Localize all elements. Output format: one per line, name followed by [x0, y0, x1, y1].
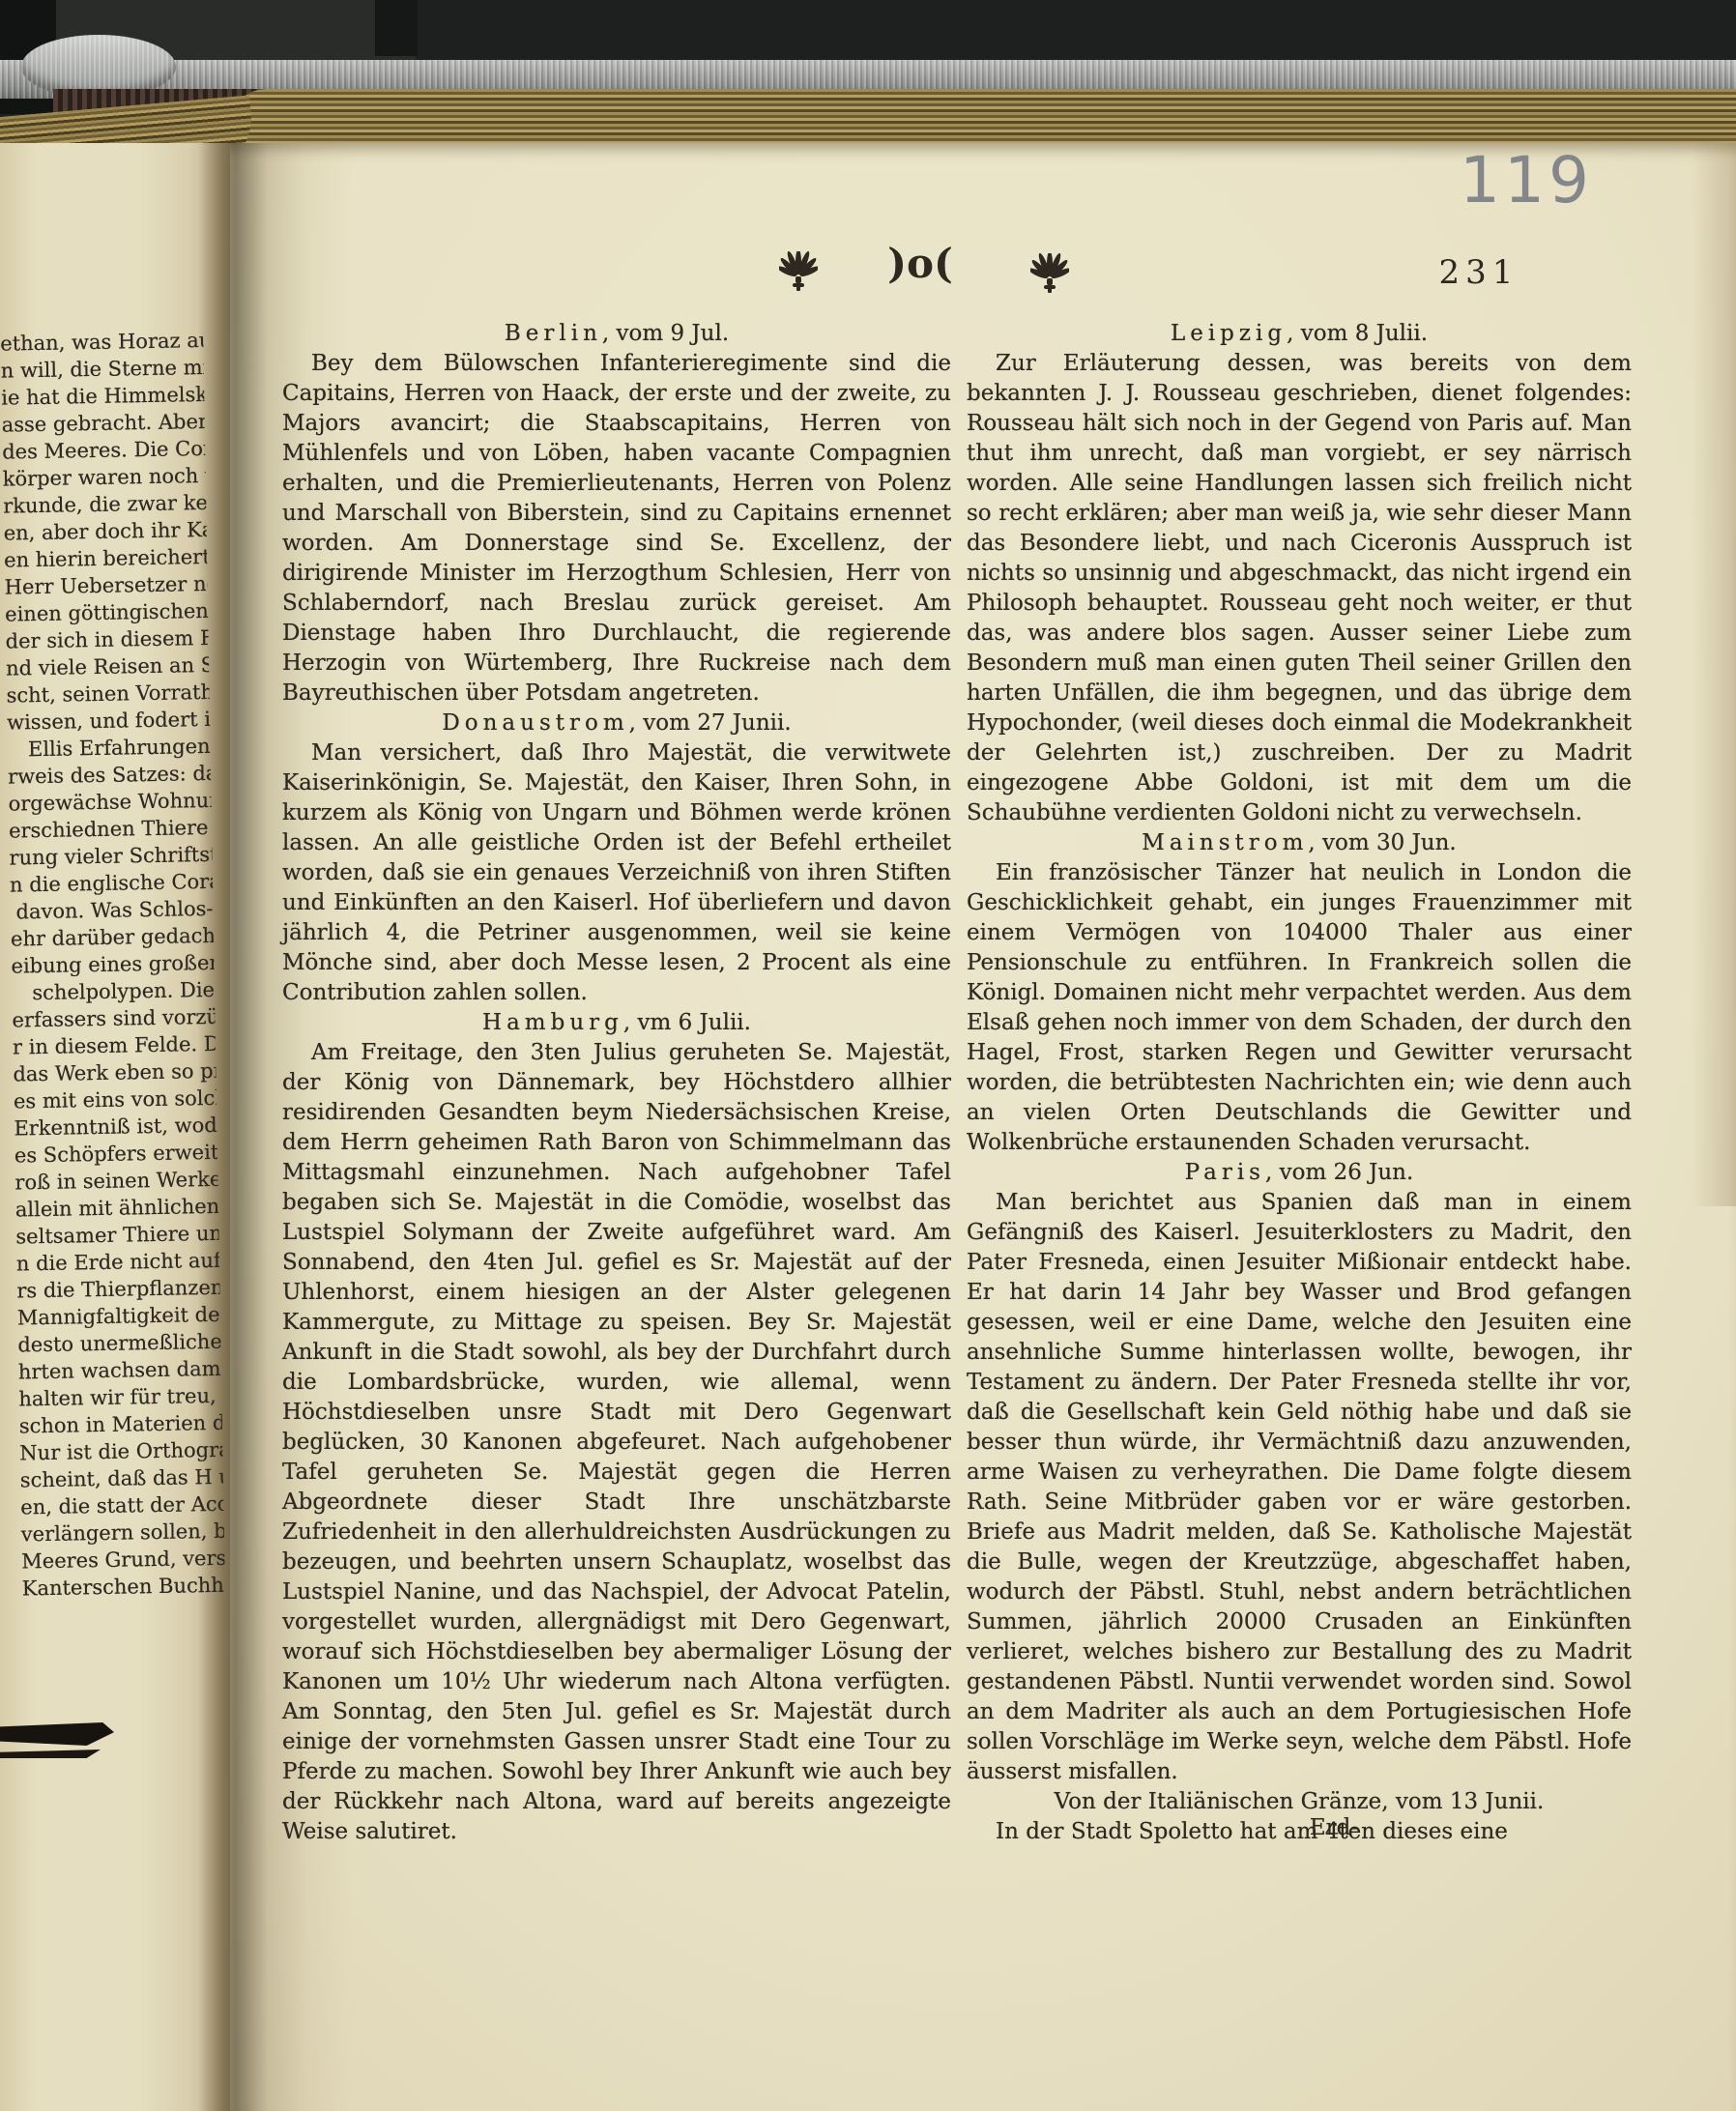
left-page-cut-line: schon in Materien der [19, 1409, 222, 1440]
dateline-heading: Paris, vom 26 Jun. [967, 1158, 1632, 1188]
left-page-cut-line: scheint, daß das H und [20, 1463, 223, 1494]
foliation-stamp: 119 [1460, 143, 1624, 217]
left-page-cut-line: r in diesem Felde. Die [13, 1030, 216, 1061]
column-right: Leipzig, vom 8 Julii.Zur Erläuterung des… [967, 319, 1632, 1847]
left-page-cut-line: körper waren noch ver- [2, 462, 205, 493]
background-slot [375, 0, 418, 56]
left-page-cut-line: Ellis Erfahrungen [7, 733, 210, 764]
left-page-cut-line: n will, die Sterne mit [1, 354, 204, 385]
left-page-cut-line: rung vieler Schriftsteller [9, 841, 212, 872]
dateline-rest: , vom 8 Julii. [1287, 321, 1428, 346]
dateline-rest: , vom 9 Jul. [602, 321, 729, 346]
header-divider-mark: )o( [882, 240, 959, 287]
article-paragraph: Bey dem Bülowschen Infanterieregimente s… [282, 349, 951, 708]
left-page-cut-line: das Werk eben so präch- [13, 1057, 216, 1088]
left-page-cut-line: ie hat die Himmelskör- [1, 381, 204, 412]
left-page-cut-line: nd viele Reisen an See- [6, 651, 209, 682]
left-page-cut-line: halten wir für treu, da [18, 1382, 221, 1413]
left-page-cut-line: Herr Uebersetzer nebst [4, 570, 207, 601]
left-page-cut-line: desto unermeßlicher, und [17, 1328, 220, 1359]
left-page-cut-line: n die englische Corallen- [10, 868, 213, 899]
column-left: Berlin, vom 9 Jul.Bey dem Bülowschen Inf… [282, 319, 951, 1847]
left-page-cut-line: Nur ist die Orthogra- [19, 1436, 222, 1467]
left-page-cut-line: wissen, und fodert ihn [7, 706, 210, 737]
shell-ornament-icon [1030, 253, 1069, 298]
left-page-cut-line: Meeres Grund, versun- [21, 1545, 224, 1576]
article-paragraph: Am Freitage, den 3ten Julius geruheten S… [282, 1038, 951, 1847]
left-page-cut-line: rs die Thierpflanzen [16, 1274, 219, 1305]
left-page-cut-line: seltsamer Thiere und Ge- [15, 1220, 218, 1251]
article-paragraph: Man versichert, daß Ihro Majestät, die v… [282, 738, 951, 1008]
left-page-cut-line: rweis des Satzes: daß [8, 760, 211, 791]
left-page-cut-line: Kanterschen Buchhand- [22, 1572, 225, 1603]
left-page-cut-line: n die Erde nicht aufwei- [16, 1247, 219, 1278]
dateline-heading: Donaustrom, vom 27 Junii. [282, 708, 951, 738]
shell-ornament-icon [779, 251, 818, 296]
dateline-rest: Von der Italiänischen Gränze, vom 13 Jun… [1055, 1789, 1545, 1814]
dateline-rest: , vom 26 Jun. [1265, 1160, 1413, 1185]
left-page-cut-line: Mannigfaltigkeit der Na- [17, 1301, 220, 1332]
left-page-cut-line: ethan, was Horaz auf [0, 327, 203, 358]
page-curl-shadow [1692, 143, 1736, 1206]
left-page-cut-line: allein mit ähnlichen, son- [15, 1193, 218, 1224]
dateline-heading: Leipzig, vom 8 Julii. [967, 319, 1632, 349]
left-page-cut-line: erschiednen Thiere seyn. [9, 814, 212, 845]
left-page-cut-line: schelpolypen. Die [12, 976, 215, 1007]
left-page-fragment: ethan, was Horaz aufn will, die Sterne m… [0, 327, 225, 1602]
dateline-place: Hamburg [482, 1010, 623, 1035]
dateline-rest: , vom 30 Jun. [1308, 830, 1456, 855]
left-page-cut-line: es mit eins von solchen [14, 1084, 217, 1115]
left-page-cut-line: der sich in diesem Fach [5, 624, 208, 655]
article-paragraph: Ein französischer Tänzer hat neulich in … [967, 858, 1632, 1158]
dateline-heading: Von der Italiänischen Gränze, vom 13 Jun… [967, 1787, 1632, 1817]
left-page-cut-line: Erkenntniß ist, wodurch [14, 1112, 217, 1142]
book-photo: { "colors": { "paper": "#e9e2c6", "ink":… [0, 0, 1736, 2111]
left-page-cut-line: es Schöpfers erweitert [14, 1139, 217, 1170]
printed-page-number: 231 [1421, 253, 1537, 292]
left-page-cut-line: einen göttingischen [5, 597, 208, 628]
left-page-cut-line: ehr darüber gedacht, be- [11, 922, 214, 953]
dateline-rest: , vom 27 Junii. [629, 710, 792, 736]
catchword: Erd- [1276, 1815, 1392, 1840]
left-page-cut-line: eibung eines großen im [11, 949, 214, 980]
left-page-cut-line: erfassers sind vorzüglich [12, 1003, 215, 1034]
dateline-heading: Berlin, vom 9 Jul. [282, 319, 951, 349]
dateline-place: Donaustrom [442, 710, 628, 736]
dateline-heading: Hamburg, vm 6 Julii. [282, 1008, 951, 1038]
article-paragraph: Man berichtet aus Spanien daß man in ein… [967, 1188, 1632, 1787]
left-page-cut-line: des Meeres. Die Coral- [2, 435, 205, 466]
dateline-place: Berlin [505, 321, 602, 346]
article-paragraph: Zur Erläuterung dessen, was bereits von … [967, 349, 1632, 828]
left-page-cut-line: rkunde, die zwar keine [3, 489, 206, 520]
left-page-cut-line: hrten wachsen damit zu- [18, 1355, 221, 1386]
left-page-cut-line: verlängern sollen, bey [21, 1518, 224, 1548]
left-page-cut-line: asse gebracht. Aber sie [1, 408, 204, 439]
dateline-rest: , vm 6 Julii. [623, 1010, 751, 1035]
left-page-cut-line: davon. Was Schlos- [10, 895, 213, 926]
left-page-cut-line: en hierin bereichert hat. [4, 543, 207, 574]
left-page-cut-line: roß in seinen Werken ist, [14, 1166, 217, 1197]
dateline-place: Leipzig [1171, 321, 1287, 346]
dateline-place: Paris [1185, 1160, 1265, 1185]
dateline-place: Mainstrom [1142, 830, 1308, 855]
left-page-cut-line: en, aber doch ihr Kabi- [3, 516, 206, 547]
dateline-heading: Mainstrom, vom 30 Jun. [967, 828, 1632, 858]
left-page-cut-line: en, die statt der Accente [20, 1490, 223, 1521]
left-page-cut-line: scht, seinen Vorrath von [6, 679, 209, 709]
left-page-cut-line: orgewächse Wohnungen [8, 787, 211, 818]
